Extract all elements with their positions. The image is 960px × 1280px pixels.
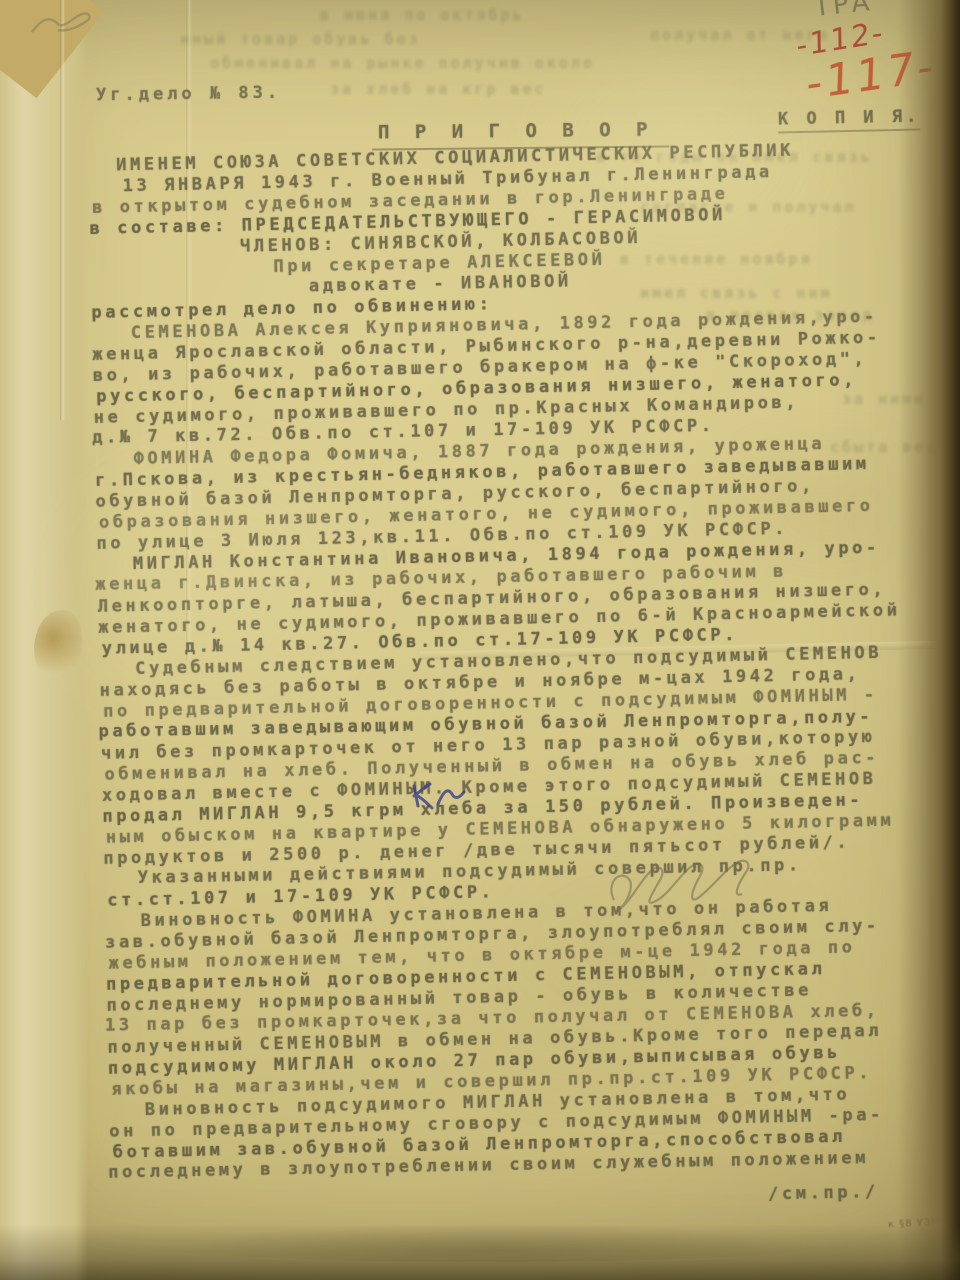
typed-text-block: ИМЕНЕМ СОЮЗА СОВЕТСКИХ СОЦИАЛИСТИЧЕСКИХ … — [88, 138, 957, 1220]
pencil-scribble — [28, 6, 98, 46]
archival-document-photo: в июня по октябрьнный товар обувь безпол… — [0, 0, 960, 1280]
bottom-shadow — [0, 1224, 960, 1280]
handwritten-signature — [596, 840, 766, 920]
ghost-fragment: обменивал на рынке получив около — [210, 54, 595, 72]
ghost-fragment: нный товар обувь без — [180, 30, 421, 48]
ghost-fragment: за хлеб на кгр вес — [330, 80, 547, 98]
page-right-edge — [898, 0, 960, 1280]
blue-ink-mark — [408, 780, 478, 812]
ghost-fragment: в июня по октябрь — [320, 6, 525, 24]
case-number: Уг.дело № 83. — [96, 83, 281, 106]
